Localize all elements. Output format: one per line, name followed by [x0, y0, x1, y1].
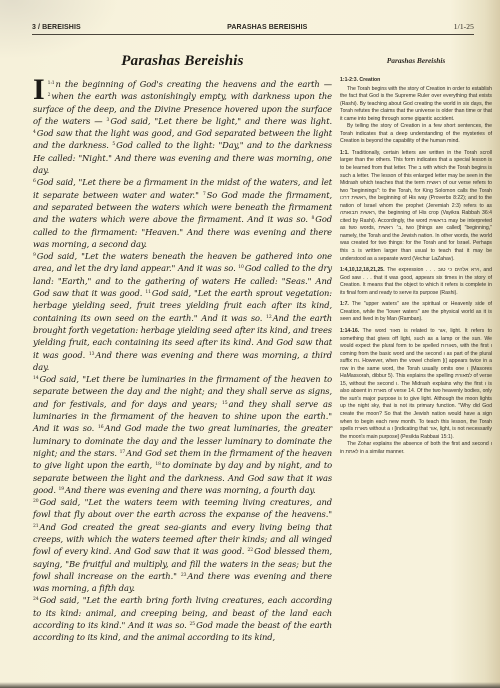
note-paragraph: By telling the story of Creation in a fe…	[340, 123, 492, 146]
verse-text-segment: n the beginning of God's creating the he…	[56, 79, 332, 89]
verse-paragraph: 1:1In the beginning of God's creating th…	[33, 78, 332, 176]
verse-number: 11	[145, 290, 151, 295]
commentary-note: 1:1. Traditionally, certain letters are …	[340, 150, 492, 263]
verse-number: 21	[33, 524, 39, 529]
verse-number: 2	[48, 93, 51, 98]
running-head: 3 / BEREISHIS PARASHAS BEREISHIS 1/1-25	[32, 22, 474, 35]
note-paragraph: 1:4,10,12,18,21,25. The expression . . .…	[340, 267, 492, 297]
commentary-note: 1:4,10,12,18,21,25. The expression . . .…	[340, 267, 492, 297]
commentary-note: 1:7. The "upper waters" are the spiritua…	[340, 301, 492, 324]
note-paragraph: 1:7. The "upper waters" are the spiritua…	[340, 301, 492, 324]
running-head-center: PARASHAS BEREISHIS	[227, 24, 307, 31]
note-verse-ref: 1:14-16.	[340, 328, 363, 334]
verse-number: 13	[89, 352, 95, 357]
commentary-note: 1:14-16. The word מאור is related to אור…	[340, 328, 492, 456]
running-head-left: 3 / BEREISHIS	[32, 24, 81, 31]
verse-text: 1:1In the beginning of God's creating th…	[33, 78, 332, 644]
verse-number: 12	[266, 315, 272, 320]
verse-text-segment: God said, "Let the waters teem with teem…	[33, 497, 332, 519]
verse-number: 1:1	[48, 81, 55, 86]
note-heading: 1:1-2:3. Creation	[340, 77, 492, 85]
note-paragraph: The Zohar explains the absence of both t…	[340, 441, 492, 456]
running-head-verse-range: 1/1-25	[454, 22, 474, 31]
verse-number: 20	[33, 499, 39, 504]
verse-number: 19	[58, 487, 64, 492]
verse-number: 3	[107, 118, 110, 123]
translation-column: Parashas Bereishis 1:1In the beginning o…	[33, 53, 332, 644]
verse-number: 9	[33, 253, 36, 258]
verse-number: 15	[222, 401, 228, 406]
parashah-title: Parashas Bereishis	[33, 53, 332, 70]
note-verse-ref: 1:1.	[340, 150, 352, 156]
commentary-notes: 1:1-2:3. CreationThe Torah begins with t…	[340, 77, 492, 456]
verse-paragraph: 20God said, "Let the waters teem with te…	[33, 496, 332, 594]
verse-paragraph: 14God said, "Let there be luminaries in …	[33, 373, 332, 496]
verse-number: 16	[98, 425, 104, 430]
verse-text-segment: God said, "Let there be light," and ther…	[110, 116, 332, 126]
verse-number: 10	[238, 265, 244, 270]
note-paragraph: 1:14-16. The word מאור is related to אור…	[340, 328, 492, 441]
commentary-note: 1:1-2:3. CreationThe Torah begins with t…	[340, 77, 492, 146]
verse-number: 18	[155, 462, 161, 467]
note-verse-ref: 1:7.	[340, 301, 352, 307]
note-verse-ref: 1:4,10,12,18,21,25.	[340, 267, 387, 273]
verse-number: 7	[203, 192, 206, 197]
verse-paragraph: 9God said, "Let the waters beneath the h…	[33, 250, 332, 373]
verse-paragraph: 6God said, "Let there be a firmament in …	[33, 176, 332, 250]
verse-number: 8	[312, 216, 315, 221]
note-paragraph: 1:1. Traditionally, certain letters are …	[340, 150, 492, 263]
verse-paragraph: 24God said, "Let the earth bring forth l…	[33, 594, 332, 643]
verse-number: 23	[181, 573, 187, 578]
verse-number: 24	[33, 597, 39, 602]
verse-number: 6	[33, 179, 36, 184]
verse-number: 14	[33, 376, 39, 381]
drop-cap: I	[33, 79, 45, 101]
verse-number: 17	[120, 450, 126, 455]
verse-number: 22	[248, 548, 254, 553]
verse-number: 25	[190, 622, 196, 627]
verse-number: 5	[112, 142, 115, 147]
commentary-column: Parashas Bereishis 1:1-2:3. CreationThe …	[340, 53, 492, 460]
note-paragraph: The Torah begins with the story of Creat…	[340, 86, 492, 124]
verse-text-segment: And there was evening and there was morn…	[65, 485, 316, 495]
verse-number: 4	[33, 130, 36, 135]
book-page: 3 / BEREISHIS PARASHAS BEREISHIS 1/1-25 …	[0, 0, 500, 688]
commentary-title: Parashas Bereishis	[340, 56, 492, 65]
